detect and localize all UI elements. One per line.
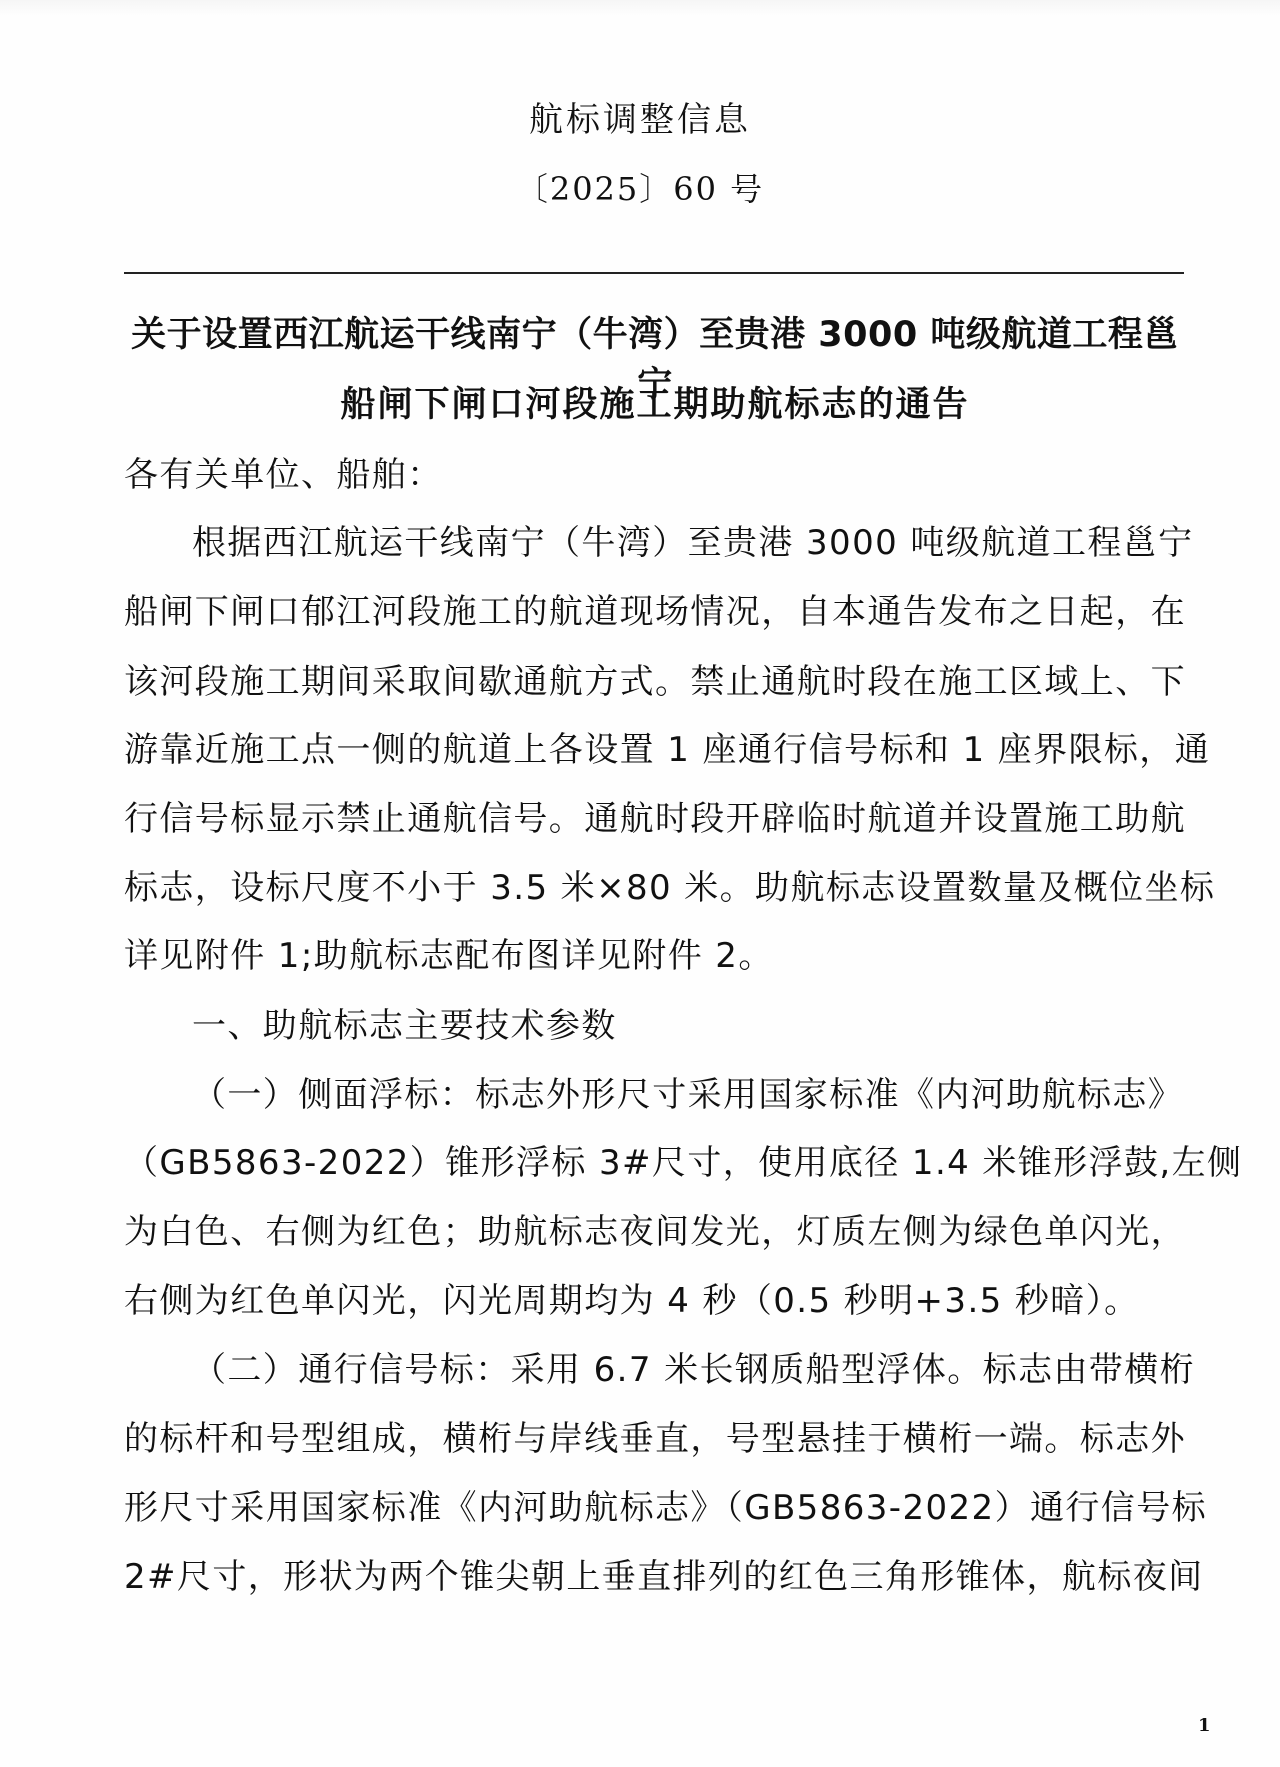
document-number: 〔2025〕60 号 bbox=[0, 164, 1280, 210]
body-line: 行信号标显示禁止通航信号。通航时段开辟临时航道并设置施工助航 bbox=[124, 791, 1194, 840]
page-number: 1 bbox=[1198, 1715, 1211, 1736]
body-line: 该河段施工期间采取间歇通航方式。禁止通航时段在施工区域上、下 bbox=[124, 654, 1194, 703]
salutation: 各有关单位、船舶： bbox=[124, 447, 1194, 496]
body-line: （GB5863-2022）锥形浮标 3#尺寸，使用底径 1.4 米锥形浮鼓,左侧 bbox=[124, 1135, 1194, 1184]
body-line: （二）通行信号标：采用 6.7 米长钢质船型浮体。标志由带横桁 bbox=[192, 1342, 1262, 1391]
document-header-title: 航标调整信息 bbox=[0, 92, 1280, 141]
body-line: 标志，设标尺度不小于 3.5 米×80 米。助航标志设置数量及概位坐标 bbox=[124, 860, 1194, 909]
section-heading: 一、助航标志主要技术参数 bbox=[192, 998, 1262, 1047]
body-line: （一）侧面浮标：标志外形尺寸采用国家标准《内河助航标志》 bbox=[192, 1067, 1262, 1116]
header-divider bbox=[124, 272, 1184, 274]
body-line: 的标杆和号型组成，横桁与岸线垂直，号型悬挂于横桁一端。标志外 bbox=[124, 1411, 1194, 1460]
body-line: 游靠近施工点一侧的航道上各设置 1 座通行信号标和 1 座界限标，通 bbox=[124, 722, 1194, 771]
scan-top-edge bbox=[0, 0, 1280, 16]
body-line: 2#尺寸，形状为两个锥尖朝上垂直排列的红色三角形锥体，航标夜间 bbox=[124, 1549, 1194, 1598]
body-line: 右侧为红色单闪光，闪光周期均为 4 秒（0.5 秒明+3.5 秒暗）。 bbox=[124, 1273, 1194, 1322]
notice-title-line-2: 船闸下闸口河段施工期助航标志的通告 bbox=[120, 377, 1190, 427]
body-line: 根据西江航运干线南宁（牛湾）至贵港 3000 吨级航道工程邕宁 bbox=[192, 515, 1262, 564]
body-line: 形尺寸采用国家标准《内河助航标志》（GB5863-2022）通行信号标 bbox=[124, 1480, 1194, 1529]
body-line: 为白色、右侧为红色；助航标志夜间发光，灯质左侧为绿色单闪光， bbox=[124, 1204, 1194, 1253]
body-line: 详见附件 1;助航标志配布图详见附件 2。 bbox=[124, 928, 1194, 977]
body-line: 船闸下闸口郁江河段施工的航道现场情况，自本通告发布之日起，在 bbox=[124, 584, 1194, 633]
